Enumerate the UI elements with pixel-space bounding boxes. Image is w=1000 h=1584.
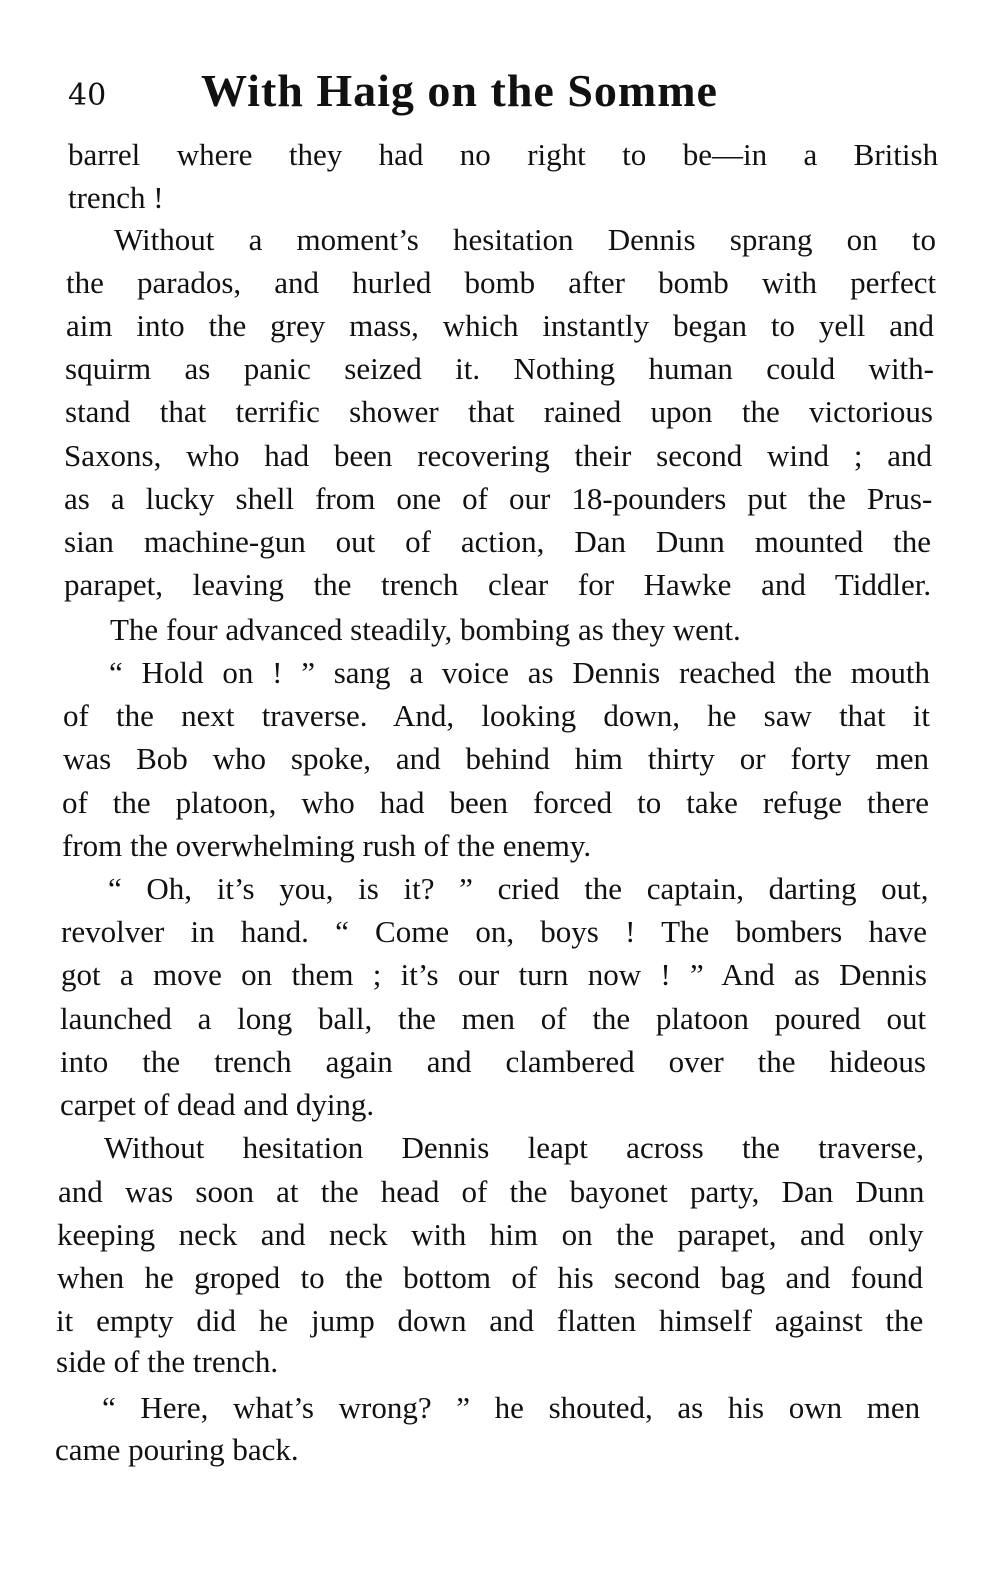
book-page: 40 With Haig on the Somme barrel where t… <box>0 0 1000 1584</box>
book-title: With Haig on the Somme <box>201 64 718 117</box>
text-line: aim into the grey mass, which instantly … <box>66 306 934 346</box>
text-line: Saxons, who had been recovering their se… <box>64 436 932 476</box>
text-line: from the overwhelming rush of the enemy. <box>62 826 929 866</box>
text-line: barrel where they had no right to be—in … <box>68 135 938 175</box>
text-line: The four advanced steadily, bombing as t… <box>64 610 931 650</box>
text-line: of the platoon, who had been forced to t… <box>62 783 929 823</box>
text-line: trench ! <box>68 178 938 218</box>
text-line: as a lucky shell from one of our 18-poun… <box>64 479 932 519</box>
text-line: when he groped to the bottom of his seco… <box>57 1258 923 1298</box>
text-line: side of the trench. <box>56 1342 923 1382</box>
text-line: stand that terrific shower that rained u… <box>65 392 933 432</box>
text-line: parapet, leaving the trench clear for Ha… <box>64 565 931 605</box>
page-number: 40 <box>68 78 106 113</box>
text-line: sian machine-gun out of action, Dan Dunn… <box>64 522 931 562</box>
text-line: Without a moment’s hesitation Dennis spr… <box>68 220 936 260</box>
text-line: revolver in hand. “ Come on, boys ! The … <box>61 912 927 952</box>
text-line: keeping neck and neck with him on the pa… <box>57 1215 923 1255</box>
text-line: into the trench again and clambered over… <box>60 1042 926 1082</box>
text-line: carpet of dead and dying. <box>60 1085 926 1125</box>
text-line: Without hesitation Dennis leapt across t… <box>58 1128 924 1168</box>
text-line: was Bob who spoke, and behind him thirty… <box>63 739 929 779</box>
running-head: 40 With Haig on the Somme <box>68 64 828 120</box>
text-line: of the next traverse. And, looking down,… <box>63 696 930 736</box>
text-line: and was soon at the head of the bayonet … <box>58 1172 924 1212</box>
text-line: launched a long ball, the men of the pla… <box>60 999 926 1039</box>
text-line: got a move on them ; it’s our turn now !… <box>61 955 927 995</box>
text-line: squirm as panic seized it. Nothing human… <box>65 349 934 389</box>
text-line: “ Here, what’s wrong? ” he shouted, as h… <box>56 1388 920 1428</box>
text-line: came pouring back. <box>55 1430 919 1470</box>
text-line: “ Oh, it’s you, is it? ” cried the capta… <box>62 869 928 909</box>
text-line: “ Hold on ! ” sang a voice as Dennis rea… <box>63 653 930 693</box>
text-line: it empty did he jump down and flatten hi… <box>56 1301 923 1341</box>
text-line: the parados, and hurled bomb after bomb … <box>66 263 936 303</box>
